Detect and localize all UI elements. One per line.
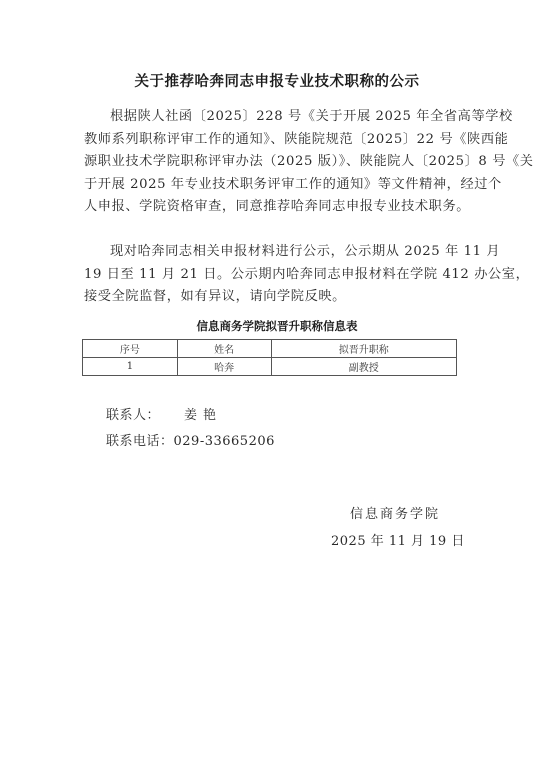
signature-organization: 信息商务学院 — [350, 503, 440, 522]
paragraph-line: 于开展 2025 年专业技术职务评审工作的通知》等文件精神，经过个 — [84, 174, 464, 197]
contact-person: 联系人：姜艳 — [106, 404, 222, 423]
contact-person-value: 姜艳 — [184, 408, 222, 423]
header-name: 姓名 — [177, 340, 271, 358]
candidate-info-table: 序号 姓名 拟晋升职称 1 哈奔 副教授 — [82, 339, 457, 376]
paragraph-line: 教师系列职称评审工作的通知》、陕能院规范〔2025〕22 号《陕西能 — [84, 129, 464, 152]
contact-phone: 联系电话：029-33665206 — [106, 430, 275, 449]
contact-person-label: 联系人： — [106, 408, 160, 423]
cell-name: 哈奔 — [177, 358, 271, 376]
paragraph-line: 接受全院监督，如有异议，请向学院反映。 — [84, 286, 464, 309]
table-row: 1 哈奔 副教授 — [83, 358, 457, 376]
paragraph-line: 根据陕人社函〔2025〕228 号《关于开展 2025 年全省高等学校 — [84, 106, 464, 129]
contact-phone-label: 联系电话： — [106, 434, 174, 449]
paragraph-line: 现对哈奔同志相关申报材料进行公示，公示期从 2025 年 11 月 — [84, 241, 464, 264]
table-title: 信息商务学院拟晋升职称信息表 — [0, 318, 554, 334]
document-page: 关于推荐哈奔同志申报专业技术职称的公示 根据陕人社函〔2025〕228 号《关于… — [0, 0, 554, 783]
contact-phone-value: 029-33665206 — [174, 434, 275, 449]
document-title: 关于推荐哈奔同志申报专业技术职称的公示 — [0, 70, 554, 91]
table-header-row: 序号 姓名 拟晋升职称 — [83, 340, 457, 358]
paragraph-line: 19 日至 11 月 21 日。公示期内哈奔同志申报材料在学院 412 办公室， — [84, 264, 464, 287]
paragraph-line: 人申报、学院资格审查，同意推荐哈奔同志申报专业技术职务。 — [84, 196, 464, 219]
paragraph-basis: 根据陕人社函〔2025〕228 号《关于开展 2025 年全省高等学校 教师系列… — [84, 106, 464, 219]
header-proposed-title: 拟晋升职称 — [271, 340, 457, 358]
signature-date: 2025 年 11 月 19 日 — [331, 530, 465, 549]
cell-proposed-title: 副教授 — [271, 358, 457, 376]
header-index: 序号 — [83, 340, 178, 358]
paragraph-line: 源职业技术学院职称评审办法（2025 版）》、陕能院人〔2025〕8 号《关 — [84, 151, 464, 174]
cell-index: 1 — [83, 358, 178, 376]
paragraph-publicity: 现对哈奔同志相关申报材料进行公示，公示期从 2025 年 11 月 19 日至 … — [84, 241, 464, 309]
